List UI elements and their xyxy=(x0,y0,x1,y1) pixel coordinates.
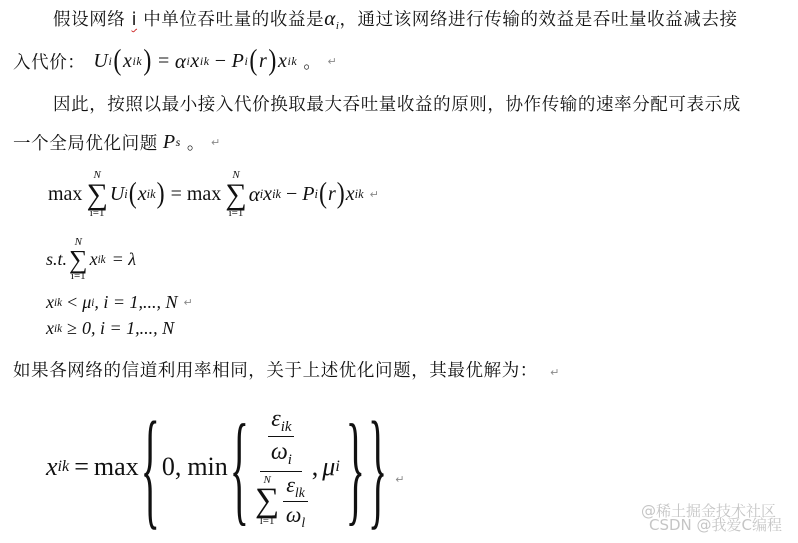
inner-fraction-num: εik ωi xyxy=(268,405,294,469)
constraint-upper-bound: xik < μi , i = 1,..., N ↵ xyxy=(46,292,193,313)
math-omega: ω xyxy=(286,502,302,527)
paragraph-mark-icon: ↵ xyxy=(211,136,221,149)
inner-fraction-den: εlk ωl xyxy=(283,473,308,530)
constraint-nonnegative: xik ≥ 0, i = 1,..., N xyxy=(46,318,174,339)
math-sub: ik xyxy=(147,187,156,202)
math-omega: ω xyxy=(271,439,288,465)
left-brace-inner: { xyxy=(230,394,249,540)
math-equals: = xyxy=(158,50,170,73)
math-minus: − xyxy=(286,183,297,206)
math-x: x xyxy=(123,50,132,73)
math-x: x xyxy=(138,183,147,206)
left-brace-outer: { xyxy=(141,389,160,543)
summation: N ∑ i=1 xyxy=(69,237,88,282)
math-mu: μ xyxy=(82,292,91,313)
text: 。 xyxy=(303,49,321,74)
math-sub: ik xyxy=(98,254,106,266)
text: 。 xyxy=(187,130,205,155)
math-P: P xyxy=(232,50,245,73)
constraint-sum: s.t. N ∑ i=1 xik = λ xyxy=(46,237,136,282)
math-sub: ik xyxy=(287,54,297,69)
text: 中单位吞吐量的收益是 xyxy=(137,10,324,30)
math-geq: ≥ xyxy=(67,318,77,339)
math-x: x xyxy=(46,292,54,313)
para1-line1: 假设网络 i 中单位吞吐量的收益是αi，通过该网络进行传输的效益是吞吐量收益减去… xyxy=(53,6,738,32)
math-x: x xyxy=(190,50,199,73)
text: ，通过该网络进行传输的效益是吞吐量收益减去接 xyxy=(339,10,737,30)
text: 假设网络 xyxy=(53,10,132,30)
sum-symbol: ∑ xyxy=(69,248,88,271)
summation: N ∑ i=1 xyxy=(225,170,246,219)
math-x: x xyxy=(90,249,98,270)
math-equals: = xyxy=(74,452,89,482)
sum-lower: l=1 xyxy=(260,516,275,527)
math-sub: s xyxy=(176,135,181,150)
math-sub: i xyxy=(288,452,292,468)
constraint-index-range: 0, i = 1,..., N xyxy=(82,318,174,339)
sum-symbol: ∑ xyxy=(255,486,279,517)
math-max: max xyxy=(94,452,139,482)
math-x: x xyxy=(346,183,355,206)
math-sub: ik xyxy=(132,54,142,69)
math-sub: l xyxy=(301,514,305,529)
text: 一个全局优化问题 xyxy=(13,130,158,155)
math-sub: ik xyxy=(272,187,281,202)
para1-line2: 入代价： Ui (xik) = αixik − Pi (r)xik 。 ↵ xyxy=(13,48,337,75)
para3: 如果各网络的信道利用率相同，关于上述优化问题，其最优解为： ↵ xyxy=(13,357,560,382)
math-sub: i xyxy=(244,54,248,69)
sum-lower: i=1 xyxy=(71,271,86,282)
math-less-than: < xyxy=(67,292,77,313)
paragraph-mark-icon: ↵ xyxy=(184,296,193,309)
math-sub: ik xyxy=(54,323,62,335)
math-alpha: α xyxy=(249,182,260,207)
math-epsilon: ε xyxy=(271,406,280,432)
paragraph-mark-icon: ↵ xyxy=(327,55,337,68)
math-P: P xyxy=(302,183,314,206)
math-max: max xyxy=(48,183,82,206)
solution-equation: xik = max { 0, min { εik ωi N ∑ l=1 εlk … xyxy=(46,396,404,538)
math-P: P xyxy=(163,131,176,154)
math-x: x xyxy=(263,183,272,206)
watermark-csdn: CSDN @我爱C编程 xyxy=(649,514,782,535)
sum-lower: i=1 xyxy=(229,208,244,219)
math-zero: 0, xyxy=(162,452,182,482)
paragraph-mark-icon: ↵ xyxy=(370,188,379,201)
math-x: x xyxy=(46,318,54,339)
right-brace-outer: } xyxy=(368,389,387,543)
math-sub: i xyxy=(124,187,127,202)
text: 入代价： xyxy=(13,49,85,74)
math-r: r xyxy=(328,183,336,206)
math-equals: = xyxy=(171,183,182,206)
constraint-index-range: , i = 1,..., N xyxy=(94,292,177,313)
para2-line1: 因此，按照以最小接入代价换取最大吞吐量收益的原则，协作传输的速率分配可表示成 xyxy=(53,91,741,116)
text: 因此，按照以最小接入代价换取最大吞吐量收益的原则，协作传输的速率分配可表示成 xyxy=(53,95,741,115)
math-r: r xyxy=(259,50,267,73)
objective-equation: max N ∑ i=1 Ui (xik) = max N ∑ i=1 αixik… xyxy=(48,170,379,219)
math-sub: lk xyxy=(295,485,305,500)
right-brace-inner: } xyxy=(346,394,365,540)
math-sub: ik xyxy=(355,187,364,202)
para2-line2: 一个全局优化问题 Ps 。 ↵ xyxy=(13,130,221,155)
math-mu: μ xyxy=(322,452,335,482)
math-min: min xyxy=(187,452,227,482)
sum-symbol: ∑ xyxy=(86,181,107,208)
summation: N ∑ i=1 xyxy=(86,170,107,219)
math-sub: i xyxy=(335,458,339,476)
math-sub: i xyxy=(108,54,112,69)
alpha-symbol: α xyxy=(324,6,336,30)
math-U: U xyxy=(110,183,124,206)
outer-fraction: εik ωi N ∑ l=1 εlk ωl xyxy=(253,405,310,530)
paragraph-mark-icon: ↵ xyxy=(395,473,404,486)
math-sub: ik xyxy=(58,458,70,476)
math-epsilon: ε xyxy=(286,472,295,497)
summation: N ∑ l=1 xyxy=(255,475,279,528)
math-minus: − xyxy=(215,50,227,73)
math-sub: ik xyxy=(54,297,62,309)
math-U: U xyxy=(93,50,108,73)
math-sub: i xyxy=(315,187,318,202)
paragraph-mark-icon: ↵ xyxy=(550,366,560,379)
subject-to-label: s.t. xyxy=(46,249,67,270)
math-max: max xyxy=(187,183,221,206)
math-x: x xyxy=(46,452,58,482)
constraint-rhs: = λ xyxy=(112,249,136,270)
math-alpha: α xyxy=(175,49,187,74)
sum-symbol: ∑ xyxy=(225,181,246,208)
math-sub: ik xyxy=(281,419,292,435)
sum-lower: i=1 xyxy=(90,208,105,219)
text: 如果各网络的信道利用率相同，关于上述优化问题，其最优解为： xyxy=(13,361,538,381)
math-comma: , xyxy=(312,452,319,482)
math-x: x xyxy=(278,50,287,73)
math-sub: ik xyxy=(200,54,210,69)
